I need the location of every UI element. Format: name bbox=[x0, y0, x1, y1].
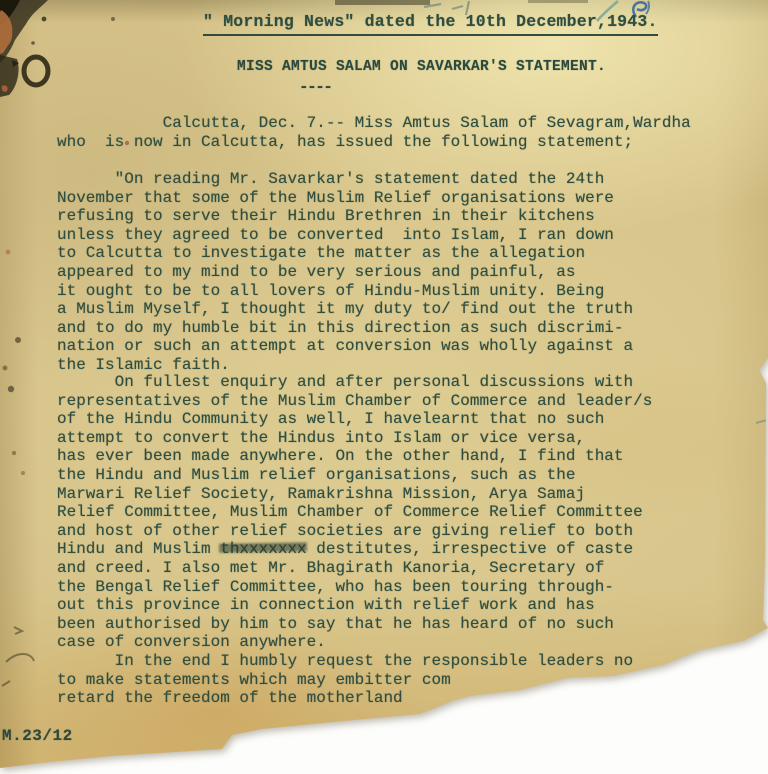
pencil-mark bbox=[756, 420, 767, 423]
top-edge-smudge bbox=[335, 0, 430, 5]
corner-stain bbox=[0, 0, 48, 97]
file-reference-mark: M.23/12 bbox=[2, 727, 73, 745]
ink-speck bbox=[31, 41, 35, 45]
paper-sheet: " Morning News" dated the 10th December,… bbox=[0, 0, 768, 774]
document-title: " Morning News" dated the 10th December,… bbox=[203, 12, 658, 36]
heading-separator-dashes: ---- bbox=[299, 78, 331, 96]
paragraph-dateline: Calcutta, Dec. 7.-- Miss Amtus Salam of … bbox=[57, 114, 691, 151]
ink-speck bbox=[42, 17, 47, 22]
document-heading: MISS AMTUS SALAM ON SAVARKAR'S STATEMENT… bbox=[237, 59, 606, 75]
paragraph-statement-3-torn: In the end I humbly request the responsi… bbox=[57, 652, 633, 708]
paragraph-statement-1: "On reading Mr. Savarkar's statement dat… bbox=[57, 170, 633, 375]
scanned-document-page: " Morning News" dated the 10th December,… bbox=[0, 0, 768, 774]
paper-crease bbox=[2, 627, 34, 686]
paragraph-statement-2: On fullest enquiry and after personal di… bbox=[57, 373, 652, 652]
top-edge-smudge bbox=[528, 0, 588, 3]
overstrike-mark bbox=[219, 542, 307, 553]
ink-speck bbox=[12, 60, 19, 67]
ring-mark bbox=[24, 57, 48, 85]
